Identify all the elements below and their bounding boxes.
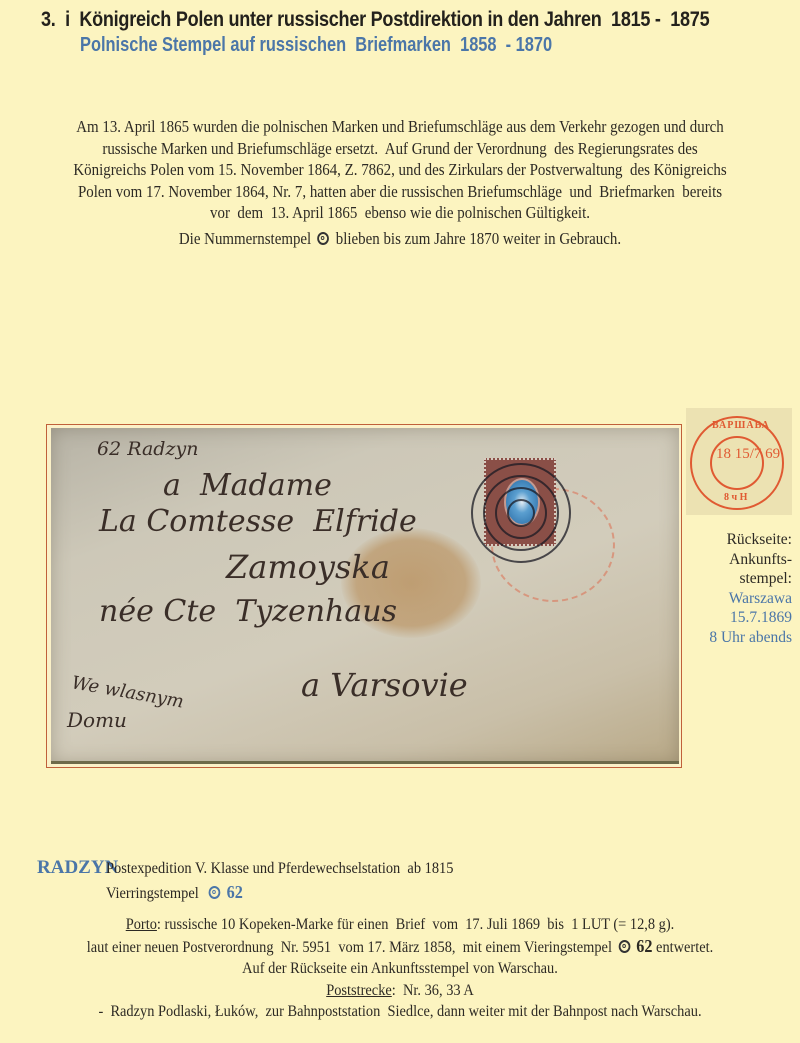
route-description: - Radzyn Podlaski, Łuków, zur Bahnpostst… bbox=[40, 1001, 760, 1023]
concentric-rings-icon bbox=[209, 886, 221, 899]
arrival-postmark-image: ВАРШАВА 18 15/7 69 8 ч Н bbox=[686, 408, 792, 515]
handwriting-address: a Varsovie bbox=[301, 666, 468, 704]
handwriting-note: Domu bbox=[67, 708, 127, 732]
intro-line: vor dem 13. April 1865 ebenso wie die po… bbox=[40, 202, 760, 224]
cancel-number: 62 bbox=[227, 882, 243, 902]
caption-line: 15.7.1869 bbox=[682, 608, 792, 628]
page-subtitle: Polnische Stempel auf russischen Briefma… bbox=[80, 34, 552, 57]
caption-line: stempel: bbox=[682, 569, 792, 589]
handwriting-note: We wlasnym bbox=[70, 672, 185, 712]
intro-text: Die Nummernstempel bbox=[179, 229, 311, 248]
page-title: 3. i Königreich Polen unter russischer P… bbox=[41, 8, 709, 32]
regulation-text-end: entwertet. bbox=[656, 939, 713, 956]
handwriting-origin: 62 Radzyn bbox=[97, 438, 198, 460]
caption-line: Rückseite: bbox=[682, 530, 792, 550]
regulation-text: laut einer neuen Postverordnung Nr. 5951… bbox=[87, 939, 612, 956]
four-ring-cancel bbox=[466, 458, 576, 568]
route-line: Poststrecke: Nr. 36, 33 A bbox=[40, 980, 760, 1002]
porto-label: Porto bbox=[126, 916, 157, 933]
postmark-town: ВАРШАВА bbox=[712, 420, 770, 431]
postmark-time: 8 ч Н bbox=[724, 492, 747, 503]
handwriting-address: Zamoyska bbox=[226, 548, 390, 586]
town-cancel-type: Vierringstempel 62 bbox=[106, 882, 243, 903]
intro-text: blieben bis zum Jahre 1870 weiter in Geb… bbox=[336, 229, 621, 248]
handwriting-address: La Comtesse Elfride bbox=[99, 504, 417, 539]
route-text: : Nr. 36, 33 A bbox=[392, 982, 474, 999]
intro-line: Am 13. April 1865 wurden die polnischen … bbox=[40, 116, 760, 138]
intro-line: russische Marken und Briefumschläge erse… bbox=[40, 138, 760, 160]
postmark-inner-ring bbox=[710, 436, 764, 490]
handwriting-address: née Cte Tyzenhaus bbox=[99, 594, 397, 629]
porto-text: : russische 10 Kopeken-Marke für einen B… bbox=[157, 916, 674, 933]
envelope-image: 62 Radzyn a Madame La Comtesse Elfride Z… bbox=[51, 428, 679, 764]
intro-last-line: Die Nummernstempel blieben bis zum Jahre… bbox=[40, 228, 760, 250]
intro-paragraph: Am 13. April 1865 wurden die polnischen … bbox=[0, 116, 800, 250]
description-paragraph: Porto: russische 10 Kopeken-Marke für ei… bbox=[0, 914, 800, 1023]
handwriting-address: a Madame bbox=[163, 468, 332, 503]
concentric-rings-icon bbox=[618, 940, 630, 953]
cancel-number: 62 bbox=[636, 936, 652, 956]
route-label: Poststrecke bbox=[326, 982, 392, 999]
concentric-rings-icon bbox=[318, 232, 330, 245]
caption-line: Ankunfts- bbox=[682, 550, 792, 570]
cancel-type-text: Vierringstempel bbox=[106, 885, 199, 902]
caption-line: 8 Uhr abends bbox=[682, 628, 792, 648]
intro-line: Königreichs Polen vom 15. November 1864,… bbox=[40, 159, 760, 181]
regulation-line: laut einer neuen Postverordnung Nr. 5951… bbox=[40, 936, 760, 959]
porto-line: Porto: russische 10 Kopeken-Marke für ei… bbox=[40, 914, 760, 936]
backside-line: Auf der Rückseite ein Ankunftsstempel vo… bbox=[40, 958, 760, 980]
caption-line: Warszawa bbox=[682, 589, 792, 609]
postmark-date: 18 15/7 69 bbox=[716, 446, 780, 463]
intro-line: Polen vom 17. November 1864, Nr. 7, hatt… bbox=[40, 181, 760, 203]
arrival-postmark-caption: Rückseite: Ankunfts- stempel: Warszawa 1… bbox=[682, 530, 792, 648]
town-description: Postexpedition V. Klasse und Pferdewechs… bbox=[106, 860, 453, 878]
